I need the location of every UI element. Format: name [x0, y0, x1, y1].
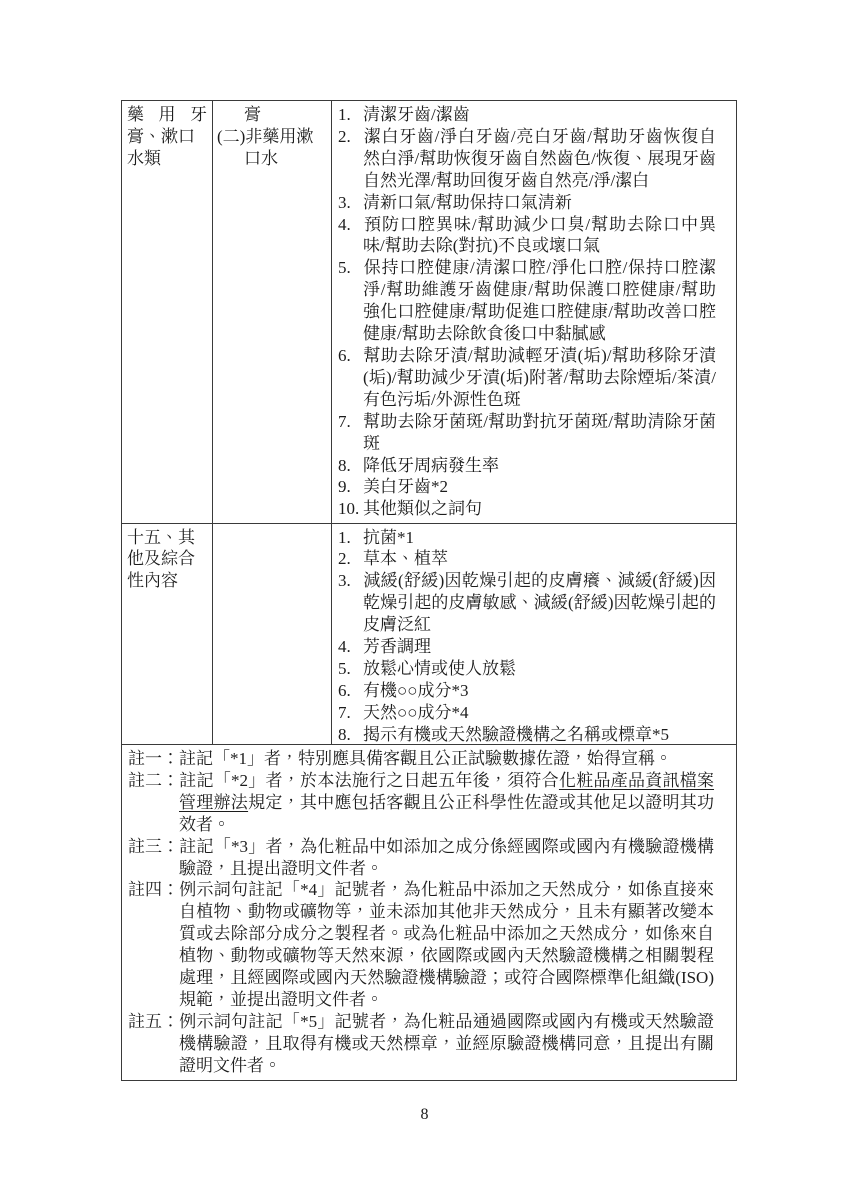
claim-item: 3.減緩(舒緩)因乾燥引起的皮膚癢、減緩(舒緩)因乾燥引起的皮膚敏感、減緩(舒緩… [338, 570, 716, 636]
claim-item-number: 2. [338, 126, 363, 148]
note-text: 例示詞句註記「*5」記號者，為化粧品通過國際或國內有機或天然驗證機構驗證，且取得… [179, 1012, 714, 1075]
claim-item: 8.揭示有機或天然驗證機構之名稱或標章*5 [338, 724, 716, 744]
claim-item-number: 7. [338, 411, 363, 433]
claim-item: 6.幫助去除牙漬/幫助減輕牙漬(垢)/幫助移除牙漬(垢)/幫助減少牙漬(垢)附著… [338, 345, 716, 411]
claim-item-number: 7. [338, 702, 363, 724]
claim-item-text: 預防口腔異味/幫助減少口臭/幫助去除口中異味/幫助去除(對抗)不良或壞口氣 [363, 215, 716, 256]
claims-cell: 1.清潔牙齒/潔齒2.潔白牙齒/淨白牙齒/亮白牙齒/幫助牙齒恢復自然白淨/幫助恢… [332, 101, 736, 523]
subcategory-cell [213, 524, 332, 745]
note-label: 註一： [128, 748, 179, 770]
claim-item: 10.其他類似之詞句 [338, 498, 716, 520]
claim-item-number: 4. [338, 636, 363, 658]
table-row-notes: 註一：註記「*1」者，特別應具備客觀且公正試驗數據佐證，始得宣稱。註二：註記「*… [122, 745, 736, 1080]
note-row: 註五：例示詞句註記「*5」記號者，為化粧品通過國際或國內有機或天然驗證機構驗證，… [128, 1011, 714, 1077]
claim-item-number: 6. [338, 680, 363, 702]
claim-item: 4.預防口腔異味/幫助減少口臭/幫助去除口中異味/幫助去除(對抗)不良或壞口氣 [338, 214, 716, 258]
claim-item: 7.天然○○成分*4 [338, 702, 716, 724]
claim-item: 2.草本、植萃 [338, 548, 716, 570]
claim-item-text: 有機○○成分*3 [363, 681, 469, 700]
claims-table: 藥用牙膏、漱口水類 膏(二)非藥用漱口水 1.清潔牙齒/潔齒2.潔白牙齒/淨白牙… [121, 100, 737, 1081]
note-row: 註一：註記「*1」者，特別應具備客觀且公正試驗數據佐證，始得宣稱。 [128, 748, 714, 770]
table-row-other: 十五、其他及綜合性內容 1.抗菌*12.草本、植萃3.減緩(舒緩)因乾燥引起的皮… [122, 524, 736, 746]
claim-item-text: 其他類似之詞句 [363, 499, 482, 518]
note-text: 註記「*3」者，為化粧品中如添加之成分係經國際或國內有機驗證機構驗證，且提出證明… [179, 837, 714, 878]
claim-item-number: 9. [338, 476, 363, 498]
claim-item: 2.潔白牙齒/淨白牙齒/亮白牙齒/幫助牙齒恢復自然白淨/幫助恢復牙齒自然齒色/恢… [338, 126, 716, 192]
claim-item-number: 2. [338, 548, 363, 570]
claim-item-number: 1. [338, 527, 363, 549]
note-text: 例示詞句註記「*4」記號者，為化粧品中添加之天然成分，如係直接來自植物、動物或礦… [179, 880, 714, 1009]
page-number: 8 [0, 1106, 849, 1124]
notes-cell: 註一：註記「*1」者，特別應具備客觀且公正試驗數據佐證，始得宣稱。註二：註記「*… [122, 745, 736, 1080]
note-text: 註記「*2」者，於本法施行之日起五年後，須符合 [179, 771, 559, 790]
cell-line: 他及綜合 [127, 548, 207, 570]
table-row-dental: 藥用牙膏、漱口水類 膏(二)非藥用漱口水 1.清潔牙齒/潔齒2.潔白牙齒/淨白牙… [122, 101, 736, 524]
claim-item-text: 草本、植萃 [363, 549, 448, 568]
claim-item: 7.幫助去除牙菌斑/幫助對抗牙菌斑/幫助清除牙菌斑 [338, 411, 716, 455]
claim-item: 9.美白牙齒*2 [338, 476, 716, 498]
claim-item-number: 5. [338, 257, 363, 279]
claim-item-text: 清新口氣/幫助保持口氣清新 [363, 193, 572, 212]
note-row: 註三：註記「*3」者，為化粧品中如添加之成分係經國際或國內有機驗證機構驗證，且提… [128, 836, 714, 880]
cell-line: 膏 [217, 104, 329, 126]
category-cell: 十五、其他及綜合性內容 [122, 524, 213, 745]
claim-item-text: 天然○○成分*4 [363, 703, 469, 722]
cell-line: 性內容 [127, 570, 207, 592]
note-label: 註三： [128, 836, 179, 858]
claim-item-number: 4. [338, 214, 363, 236]
claim-item-text: 放鬆心情或使人放鬆 [363, 659, 516, 678]
claim-item: 3.清新口氣/幫助保持口氣清新 [338, 192, 716, 214]
claim-item-text: 芳香調理 [363, 637, 431, 656]
cell-line: 水類 [127, 148, 207, 170]
claim-item-number: 1. [338, 104, 363, 126]
claim-item-text: 減緩(舒緩)因乾燥引起的皮膚癢、減緩(舒緩)因乾燥引起的皮膚敏感、減緩(舒緩)因… [363, 571, 716, 634]
claims-cell: 1.抗菌*12.草本、植萃3.減緩(舒緩)因乾燥引起的皮膚癢、減緩(舒緩)因乾燥… [332, 524, 736, 745]
claim-item-text: 幫助去除牙菌斑/幫助對抗牙菌斑/幫助清除牙菌斑 [363, 412, 716, 453]
claim-item-number: 6. [338, 345, 363, 367]
claim-item-text: 抗菌*1 [363, 528, 414, 547]
claim-item: 5.保持口腔健康/清潔口腔/淨化口腔/保持口腔潔淨/幫助維護牙齒健康/幫助保護口… [338, 257, 716, 345]
category-cell: 藥用牙膏、漱口水類 [122, 101, 213, 523]
claim-item-text: 潔白牙齒/淨白牙齒/亮白牙齒/幫助牙齒恢復自然白淨/幫助恢復牙齒自然齒色/恢復、… [363, 127, 716, 190]
claim-item: 4.芳香調理 [338, 636, 716, 658]
claim-item-number: 3. [338, 192, 363, 214]
document-page: 藥用牙膏、漱口水類 膏(二)非藥用漱口水 1.清潔牙齒/潔齒2.潔白牙齒/淨白牙… [0, 0, 849, 1200]
claim-item-number: 5. [338, 658, 363, 680]
claim-item-text: 降低牙周病發生率 [363, 456, 499, 475]
claim-item-text: 保持口腔健康/清潔口腔/淨化口腔/保持口腔潔淨/幫助維護牙齒健康/幫助保護口腔健… [363, 258, 716, 343]
claim-item-text: 清潔牙齒/潔齒 [363, 105, 470, 124]
cell-line: 十五、其 [127, 527, 207, 549]
note-text: 註記「*1」者，特別應具備客觀且公正試驗數據佐證，始得宣稱。 [179, 749, 672, 768]
note-text: 規定，其中應包括客觀且公正科學性佐證或其他足以證明其功效者。 [179, 793, 714, 834]
claim-item-number: 10. [338, 498, 363, 520]
cell-line: 藥用牙 [127, 104, 207, 126]
note-label: 註二： [128, 770, 179, 792]
claim-item: 6.有機○○成分*3 [338, 680, 716, 702]
claim-item-number: 8. [338, 724, 363, 744]
claim-item-number: 8. [338, 455, 363, 477]
claim-item-text: 美白牙齒*2 [363, 477, 448, 496]
claim-item: 1.清潔牙齒/潔齒 [338, 104, 716, 126]
claim-item-number: 3. [338, 570, 363, 592]
note-label: 註四： [128, 879, 179, 901]
note-row: 註二：註記「*2」者，於本法施行之日起五年後，須符合化粧品產品資訊檔案管理辦法規… [128, 770, 714, 836]
claim-item: 8.降低牙周病發生率 [338, 455, 716, 477]
claim-item-text: 幫助去除牙漬/幫助減輕牙漬(垢)/幫助移除牙漬(垢)/幫助減少牙漬(垢)附著/幫… [363, 346, 716, 409]
cell-line: 膏、漱口 [127, 126, 207, 148]
subcategory-cell: 膏(二)非藥用漱口水 [213, 101, 332, 523]
claim-item: 1.抗菌*1 [338, 527, 716, 549]
claim-item: 5.放鬆心情或使人放鬆 [338, 658, 716, 680]
cell-line: (二)非藥用漱 [217, 126, 329, 148]
note-row: 註四：例示詞句註記「*4」記號者，為化粧品中添加之天然成分，如係直接來自植物、動… [128, 879, 714, 1010]
note-label: 註五： [128, 1011, 179, 1033]
cell-line: 口水 [217, 148, 329, 170]
claim-item-text: 揭示有機或天然驗證機構之名稱或標章*5 [363, 725, 669, 744]
